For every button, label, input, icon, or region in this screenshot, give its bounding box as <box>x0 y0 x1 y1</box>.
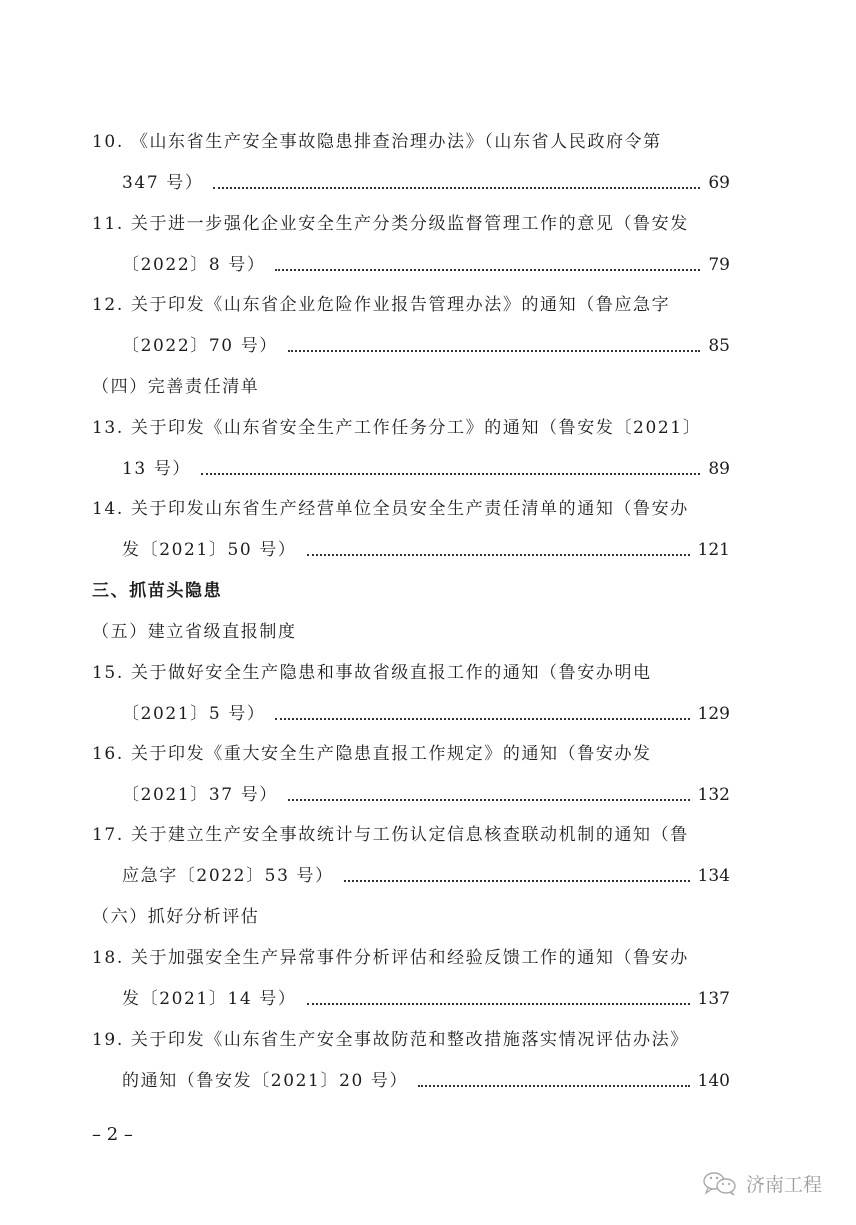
leader-dots <box>307 535 690 565</box>
toc-item-15-page: 129 <box>690 699 730 729</box>
toc-item-10-ref: 347 号） <box>122 168 213 198</box>
toc-item-15-line1: 15. 关于做好安全生产隐患和事故省级直报工作的通知（鲁安办明电 <box>92 658 728 688</box>
toc-item-11-line1: 11. 关于进一步强化企业安全生产分类分级监督管理工作的意见（鲁安发 <box>92 209 728 239</box>
toc-item-18-page: 137 <box>690 984 730 1014</box>
toc-item-13-line2: 13 号） 89 <box>122 454 730 484</box>
toc-page: 10. 《山东省生产安全事故隐患排查治理办法》（山东省人民政府令第 347 号）… <box>0 0 856 1225</box>
toc-item-13-line1: 13. 关于印发《山东省安全生产工作任务分工》的通知（鲁安发〔2021〕 <box>92 413 728 443</box>
toc-item-12-line1: 12. 关于印发《山东省企业危险作业报告管理办法》的通知（鲁应急字 <box>92 290 728 320</box>
toc-section-5: （五）建立省级直报制度 <box>92 617 728 647</box>
leader-dots <box>288 780 690 810</box>
leader-dots <box>201 454 700 484</box>
leader-dots <box>344 861 690 891</box>
toc-item-11-page: 79 <box>700 250 730 280</box>
leader-dots <box>418 1066 689 1096</box>
watermark-text: 济南工程 <box>746 1170 822 1197</box>
toc-item-10-line2: 347 号） 69 <box>122 168 730 198</box>
toc-item-19-line1: 19. 关于印发《山东省生产安全事故防范和整改措施落实情况评估办法》 <box>92 1025 728 1055</box>
toc-item-10-line1: 10. 《山东省生产安全事故隐患排查治理办法》（山东省人民政府令第 <box>92 127 728 157</box>
toc-item-10-page: 69 <box>700 168 730 198</box>
toc-item-17-page: 134 <box>690 861 730 891</box>
toc-item-15-line2: 〔2021〕5 号） 129 <box>122 699 730 729</box>
leader-dots <box>213 168 700 198</box>
leader-dots <box>307 984 690 1014</box>
toc-item-16-ref: 〔2021〕37 号） <box>122 780 288 810</box>
toc-item-11-ref: 〔2022〕8 号） <box>122 250 275 280</box>
toc-item-15-ref: 〔2021〕5 号） <box>122 699 275 729</box>
toc-item-18-ref: 发〔2021〕14 号） <box>122 984 307 1014</box>
toc-item-14-page: 121 <box>690 535 730 565</box>
toc-item-17-ref: 应急字〔2022〕53 号） <box>122 861 344 891</box>
leader-dots <box>288 331 700 361</box>
toc-item-19-ref: 的通知（鲁安发〔2021〕20 号） <box>122 1066 418 1096</box>
toc-section-4: （四）完善责任清单 <box>92 372 728 402</box>
toc-item-17-line1: 17. 关于建立生产安全事故统计与工伤认定信息核查联动机制的通知（鲁 <box>92 820 728 850</box>
leader-dots <box>275 699 689 729</box>
toc-item-12-ref: 〔2022〕70 号） <box>122 331 288 361</box>
toc-item-14-line2: 发〔2021〕50 号） 121 <box>122 535 730 565</box>
toc-item-14-ref: 发〔2021〕50 号） <box>122 535 307 565</box>
toc-item-16-line2: 〔2021〕37 号） 132 <box>122 780 730 810</box>
toc-chapter-3: 三、抓苗头隐患 <box>92 576 728 606</box>
toc-item-12-page: 85 <box>700 331 730 361</box>
leader-dots <box>275 250 700 280</box>
toc-item-18-line2: 发〔2021〕14 号） 137 <box>122 984 730 1014</box>
toc-item-16-line1: 16. 关于印发《重大安全生产隐患直报工作规定》的通知（鲁安办发 <box>92 739 728 769</box>
toc-section-6: （六）抓好分析评估 <box>92 902 728 932</box>
toc-item-13-ref: 13 号） <box>122 454 201 484</box>
toc-item-12-line2: 〔2022〕70 号） 85 <box>122 331 730 361</box>
toc-item-16-page: 132 <box>690 780 730 810</box>
toc-item-18-line1: 18. 关于加强安全生产异常事件分析评估和经验反馈工作的通知（鲁安办 <box>92 943 728 973</box>
toc-item-13-page: 89 <box>700 454 730 484</box>
page-number: – 2 – <box>92 1122 133 1148</box>
toc-item-19-page: 140 <box>690 1066 730 1096</box>
watermark: 济南工程 <box>702 1170 822 1197</box>
toc-item-17-line2: 应急字〔2022〕53 号） 134 <box>122 861 730 891</box>
toc-item-11-line2: 〔2022〕8 号） 79 <box>122 250 730 280</box>
toc-item-14-line1: 14. 关于印发山东省生产经营单位全员安全生产责任清单的通知（鲁安办 <box>92 494 728 524</box>
wechat-icon <box>702 1171 738 1197</box>
toc-item-19-line2: 的通知（鲁安发〔2021〕20 号） 140 <box>122 1066 730 1096</box>
